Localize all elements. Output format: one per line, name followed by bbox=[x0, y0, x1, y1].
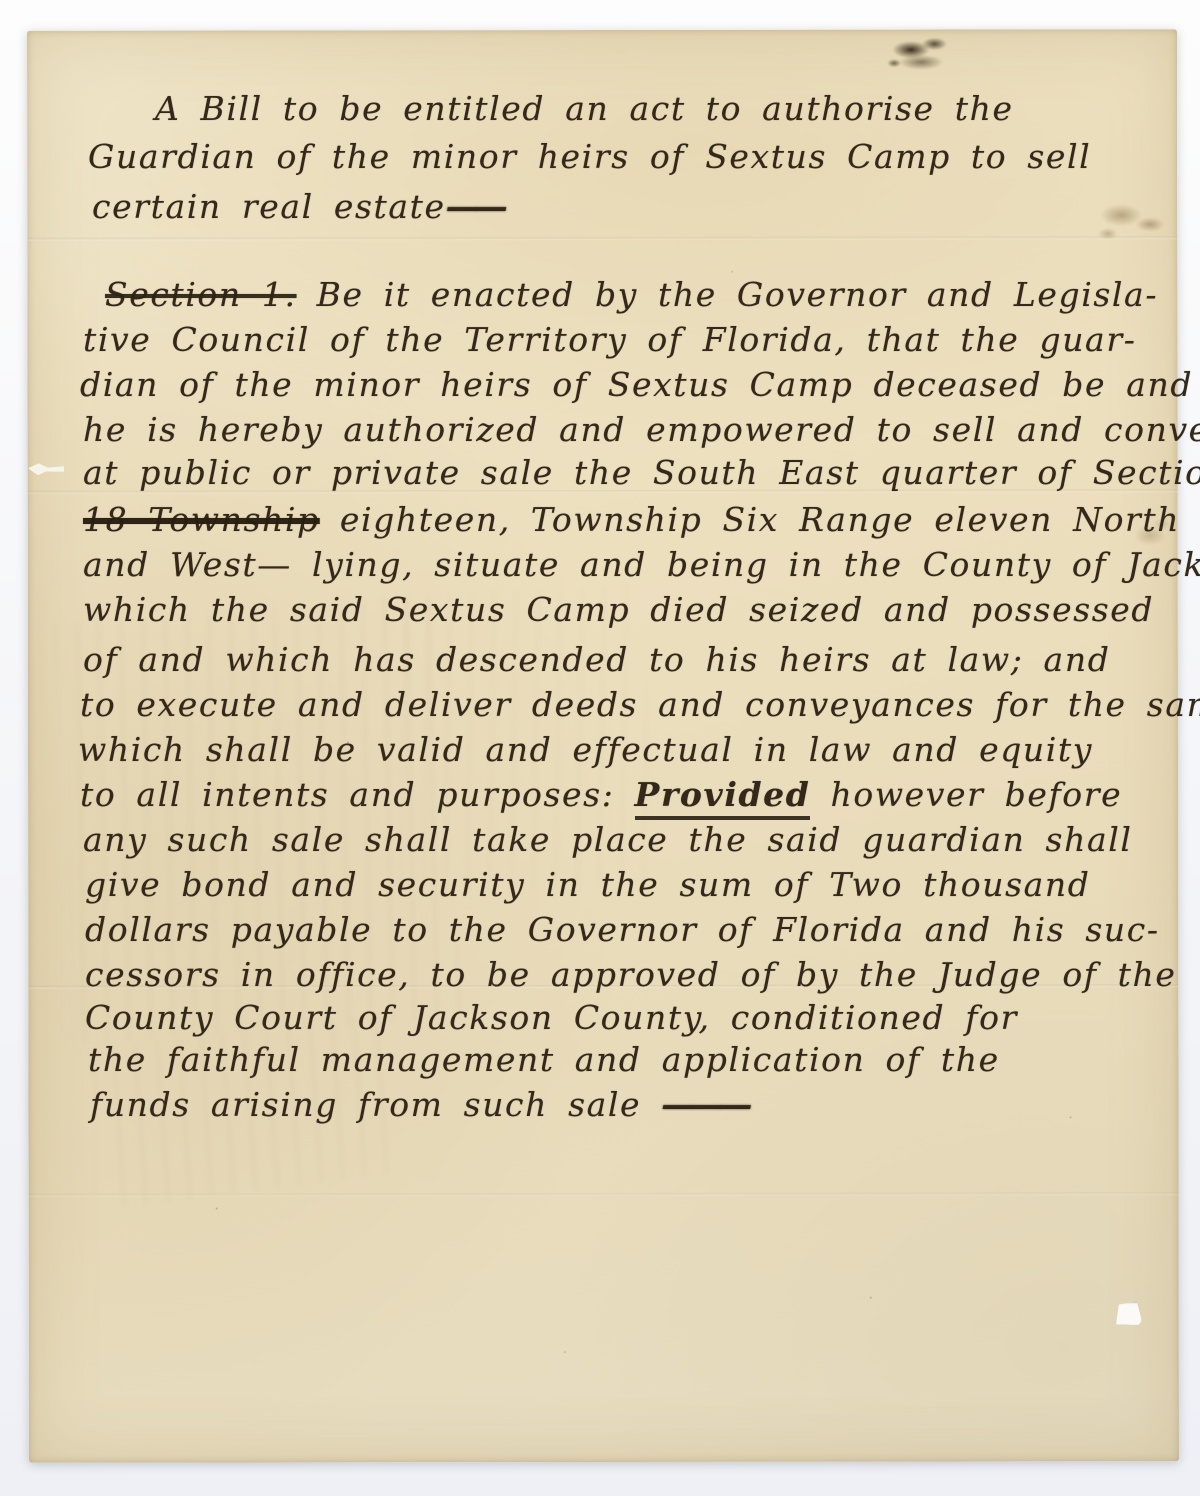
text-line: County Court of Jackson County, conditio… bbox=[85, 1001, 1018, 1034]
handwriting-segment: dollars payable to the Governor of Flori… bbox=[85, 910, 1160, 949]
text-line: dian of the minor heirs of Sextus Camp d… bbox=[80, 368, 1193, 401]
handwriting-segment: A Bill to be entitled an act to authoris… bbox=[155, 89, 1014, 128]
handwriting-segment: which the said Sextus Camp died seized a… bbox=[83, 590, 1154, 629]
text-line: give bond and security in the sum of Two… bbox=[85, 868, 1091, 901]
struck-text: Section 1. bbox=[105, 275, 297, 314]
handwriting-segment: the faithful management and application … bbox=[88, 1040, 1000, 1079]
text-line: A Bill to be entitled an act to authoris… bbox=[155, 92, 1014, 125]
text-line: tive Council of the Territory of Florida… bbox=[83, 323, 1136, 356]
handwriting-segment: give bond and security in the sum of Two… bbox=[85, 865, 1091, 904]
handwriting-segment: eighteen, Township Six Range eleven Nort… bbox=[320, 500, 1180, 539]
handwriting-segment: funds arising from such sale bbox=[90, 1085, 661, 1124]
text-line: which the said Sextus Camp died seized a… bbox=[83, 593, 1154, 626]
handwritten-text: A Bill to be entitled an act to authoris… bbox=[28, 30, 1178, 1462]
handwriting-segment: Be it enacted by the Governor and Legisl… bbox=[297, 275, 1159, 314]
handwriting-segment: County Court of Jackson County, conditio… bbox=[85, 998, 1018, 1037]
text-line: and West— lying, situate and being in th… bbox=[83, 548, 1200, 581]
underlined-text: Provided bbox=[635, 775, 811, 820]
handwriting-segment: to execute and deliver deeds and conveya… bbox=[80, 685, 1200, 724]
text-line: Guardian of the minor heirs of Sextus Ca… bbox=[88, 140, 1091, 173]
text-line: cessors in office, to be approved of by … bbox=[85, 958, 1177, 991]
text-line: to all intents and purposes: Provided ho… bbox=[80, 778, 1122, 811]
handwriting-segment: ——— bbox=[661, 1085, 748, 1124]
text-line: funds arising from such sale ——— bbox=[90, 1088, 748, 1121]
text-line: any such sale shall take place the said … bbox=[83, 823, 1133, 856]
text-line: dollars payable to the Governor of Flori… bbox=[85, 913, 1160, 946]
handwriting-segment: and West— lying, situate and being in th… bbox=[83, 545, 1200, 584]
text-line: at public or private sale the South East… bbox=[83, 456, 1200, 489]
handwriting-segment: cessors in office, to be approved of by … bbox=[85, 955, 1177, 994]
document-scan: A Bill to be entitled an act to authoris… bbox=[0, 0, 1200, 1496]
handwriting-segment: any such sale shall take place the said … bbox=[83, 820, 1133, 859]
text-line: of and which has descended to his heirs … bbox=[83, 643, 1110, 676]
text-line: the faithful management and application … bbox=[88, 1043, 1000, 1076]
handwriting-segment: —— bbox=[446, 187, 504, 226]
text-line: which shall be valid and effectual in la… bbox=[78, 733, 1093, 766]
struck-text: 18 Township bbox=[83, 500, 320, 539]
handwriting-segment: at public or private sale the South East… bbox=[83, 453, 1200, 492]
text-line: 18 Township eighteen, Township Six Range… bbox=[83, 503, 1180, 536]
text-line: certain real estate—— bbox=[92, 190, 504, 223]
handwriting-segment: dian of the minor heirs of Sextus Camp d… bbox=[80, 365, 1193, 404]
handwriting-segment: Guardian of the minor heirs of Sextus Ca… bbox=[88, 137, 1091, 176]
text-line: he is hereby authorized and empowered to… bbox=[83, 413, 1200, 446]
handwriting-segment: certain real estate bbox=[92, 187, 446, 226]
handwriting-segment: to all intents and purposes: bbox=[80, 775, 635, 814]
text-line: Section 1. Be it enacted by the Governor… bbox=[105, 278, 1158, 311]
handwriting-segment: he is hereby authorized and empowered to… bbox=[83, 410, 1200, 449]
handwriting-segment: of and which has descended to his heirs … bbox=[83, 640, 1110, 679]
handwriting-segment: however before bbox=[810, 775, 1122, 814]
text-line: to execute and deliver deeds and conveya… bbox=[80, 688, 1200, 721]
handwriting-segment: tive Council of the Territory of Florida… bbox=[83, 320, 1136, 359]
handwriting-segment: which shall be valid and effectual in la… bbox=[78, 730, 1093, 769]
